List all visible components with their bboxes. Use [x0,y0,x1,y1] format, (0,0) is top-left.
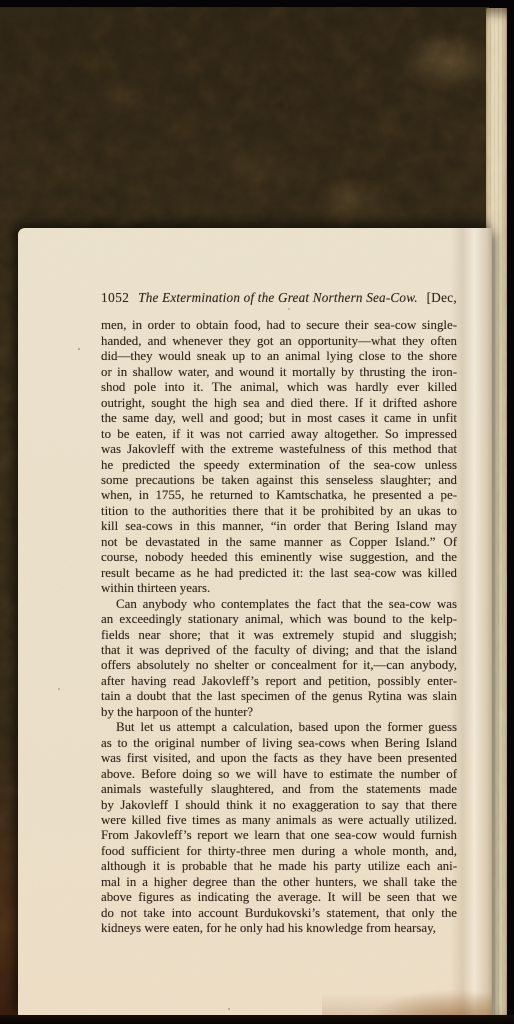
running-header: 1052 The Extermination of the Great Nort… [101,290,457,305]
text-line: tain a doubt that the last specimen of t… [101,689,457,704]
text-line: or in shallow water, and wound it mortal… [101,365,457,380]
text-line: an exceedingly stationary animal, which … [101,612,457,627]
bottom-shadow-bar [0,1015,514,1024]
text-line: outright, sought the high sea and died t… [101,396,457,411]
text-line: handed, and whenever they got an opportu… [101,334,457,349]
text-line: do not take into account Burdukovski’s s… [101,906,457,921]
text-line: to be eaten, if it was not carried away … [101,427,457,442]
text-line: although it is probable that he made his… [101,859,457,874]
text-line: when, in 1755, he returned to Kamtschatk… [101,488,457,503]
text-line: food sufficient for thirty-three men dur… [101,844,457,859]
text-line: as to the original number of living sea-… [101,736,457,751]
scanned-page: 1052 The Extermination of the Great Nort… [18,228,492,1016]
text-line: kidneys were eaten, for he only had his … [101,921,457,936]
text-line: Can anybody who contemplates the fact th… [101,597,457,612]
text-line: tition to the authorities there that it … [101,504,457,519]
corner-stain [322,952,492,1016]
paragraph: men, in order to obtain food, had to sec… [101,318,457,596]
text-line: were killed five times as many animals a… [101,813,457,828]
text-line: that it was deprived of the faculty of d… [101,643,457,658]
text-line: the same day, well and good; but in most… [101,411,457,426]
text-line: not be devastated in the same manner as … [101,535,457,550]
running-title: The Extermination of the Great Northern … [129,290,426,305]
text-line: offers absolutely no shelter or concealm… [101,658,457,673]
text-line: was Jakovleff with the extreme wastefuln… [101,442,457,457]
text-line: within thirteen years. [101,581,457,596]
text-line: kill sea-cows in this manner, “in order … [101,519,457,534]
text-line: he predicted the speedy extermination of… [101,458,457,473]
text-line: shod pole into it. The animal, which was… [101,380,457,395]
text-line: after having read Jakovleff’s report and… [101,674,457,689]
text-line: above. Before doing so we will have to e… [101,767,457,782]
text-line: animals wastefully slaughtered, and from… [101,782,457,797]
text-line: was first visited, and upon the facts as… [101,751,457,766]
text-line: mal in a higher degree than the other hu… [101,875,457,890]
text-line: men, in order to obtain food, had to sec… [101,318,457,333]
paragraph: Can anybody who contemplates the fact th… [101,597,457,721]
text-line: some precautions be taken against this s… [101,473,457,488]
text-line: above figures as indicating the average.… [101,890,457,905]
text-column: 1052 The Extermination of the Great Nort… [101,290,457,937]
text-line: From Jakovleff’s report we learn that on… [101,828,457,843]
text-line: did—they would sneak up to an animal lyi… [101,349,457,364]
page-number: 1052 [101,290,129,305]
paragraph: But let us attempt a calculation, based … [101,720,457,936]
text-line: result became as he had predicted it: th… [101,566,457,581]
text-line: course, nobody heeded this eminently wis… [101,550,457,565]
text-line: by Jakovleff I should think it no exagge… [101,798,457,813]
dust-specks [78,348,80,350]
issue-label: [Dec, [427,290,457,305]
text-line: But let us attempt a calculation, based … [101,720,457,735]
body-text: men, in order to obtain food, had to sec… [101,318,457,936]
text-line: by the harpoon of the hunter? [101,705,457,720]
text-line: fields near shore; that it was extremely… [101,628,457,643]
